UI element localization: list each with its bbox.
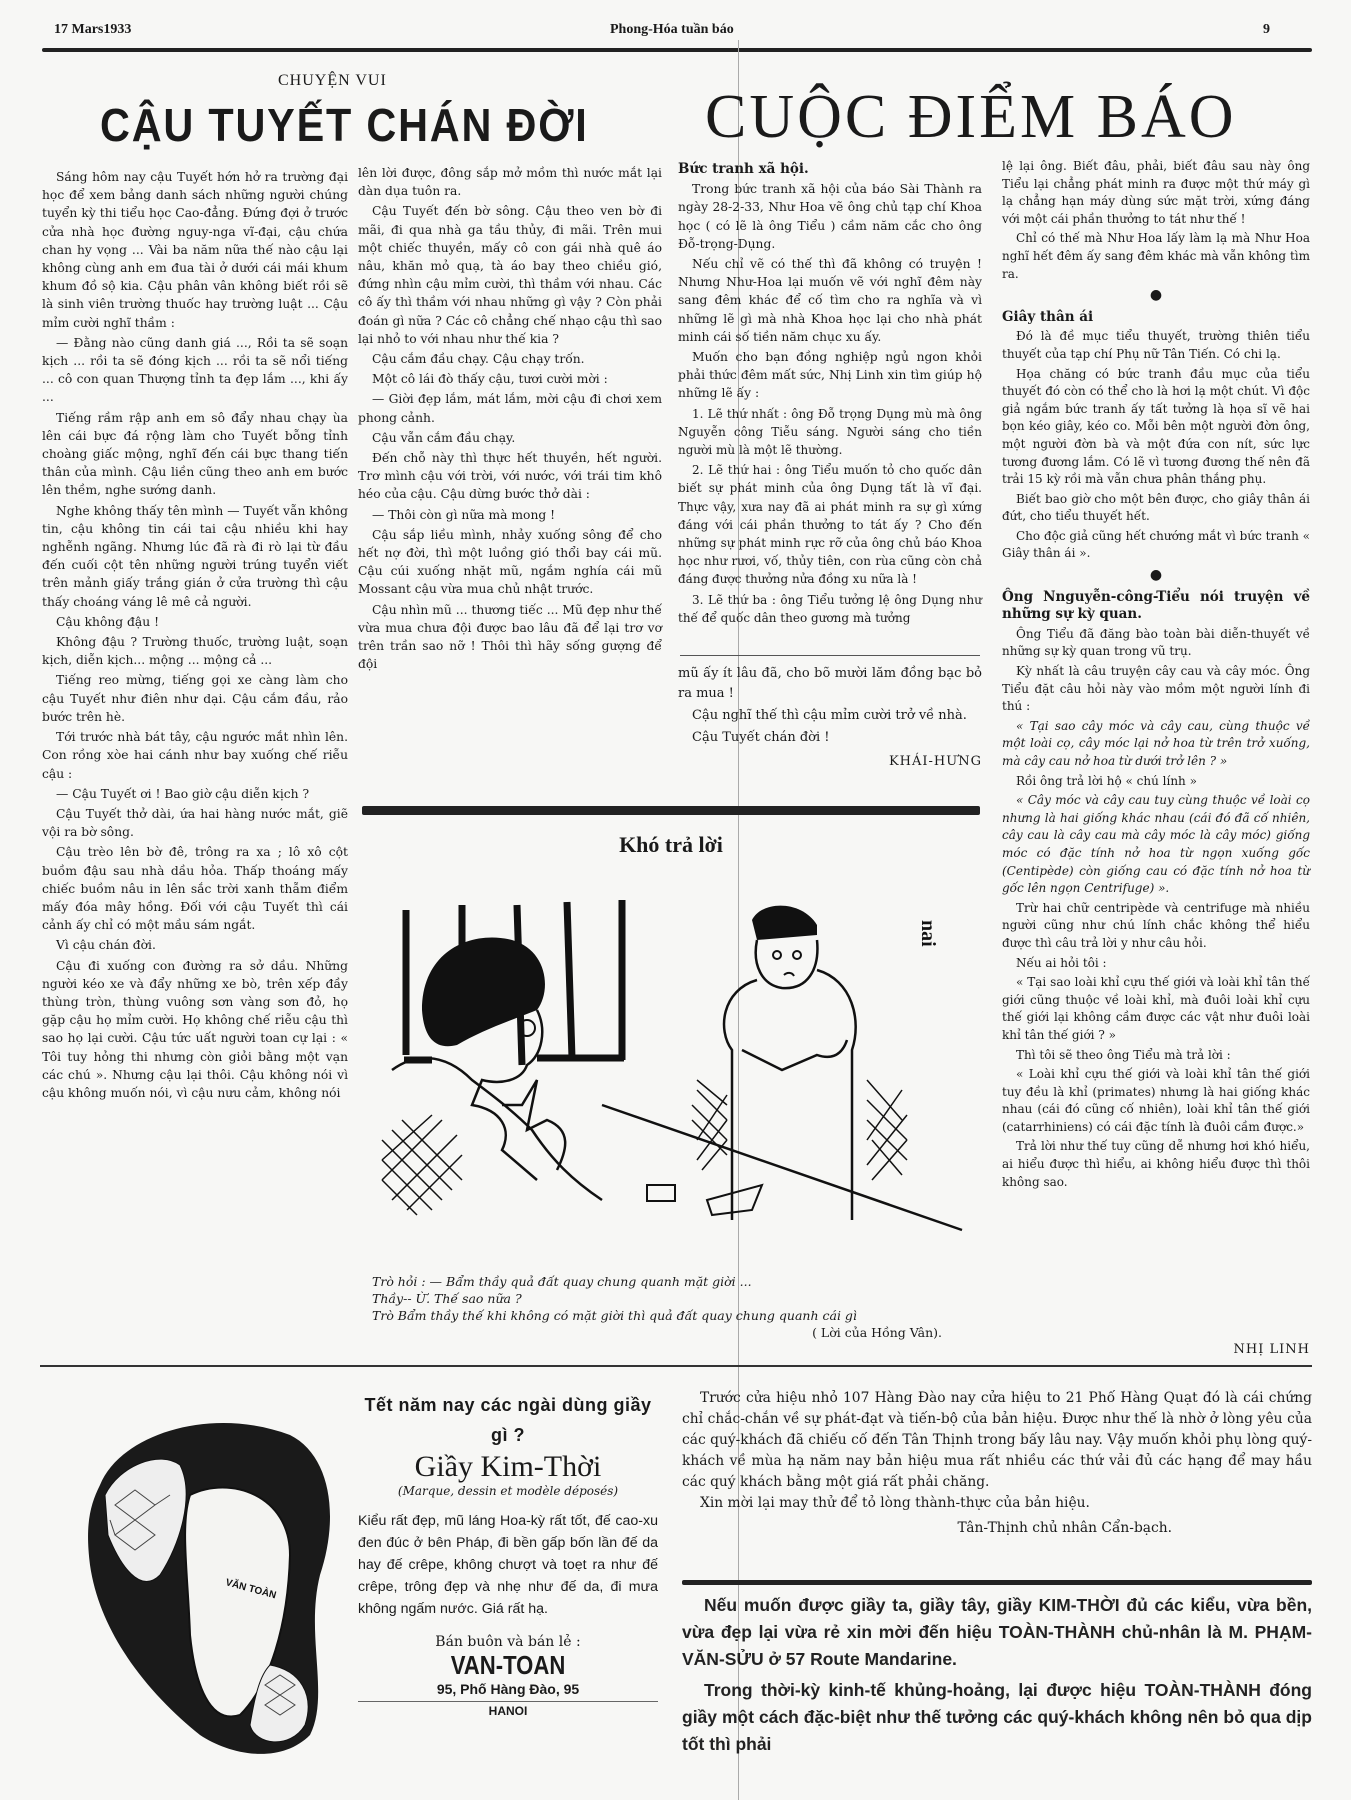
story-paragraph: Cậu không đậu ! bbox=[42, 613, 348, 631]
ad-address: 95, Phố Hàng Đào, 95 bbox=[358, 1681, 658, 1697]
story-column-2: lên lời được, đông sắp mở mồm thì nước m… bbox=[358, 164, 662, 675]
story-paragraph: Cậu Tuyết thở dài, ứa hai hàng nước mắt,… bbox=[42, 805, 348, 841]
review-paragraph: Đó là đề mục tiểu thuyết, trường thiên t… bbox=[1002, 328, 1310, 363]
review-paragraph: Nếu ai hỏi tôi : bbox=[1002, 955, 1310, 973]
section-heading: Giây thân ái bbox=[1002, 309, 1310, 327]
shoe-sole-illustration: VĂN TOÀN bbox=[40, 1395, 340, 1775]
cartoon-title: Khó trả lời bbox=[362, 832, 980, 858]
ad-city: HANOI bbox=[358, 1701, 658, 1718]
story-paragraph: Tiếng reo mừng, tiếng gọi xe càng làm ch… bbox=[42, 671, 348, 726]
story-paragraph: Cậu cắm đầu chạy. Cậu chạy trốn. bbox=[358, 350, 662, 368]
issue-date: 17 Mars1933 bbox=[54, 22, 131, 38]
review-paragraph: lệ lại ông. Biết đâu, phải, biết đâu sau… bbox=[1002, 158, 1310, 228]
story-paragraph: Vì cậu chán đời. bbox=[42, 936, 348, 954]
review-paragraph: Cho độc giả cũng hết chướng mắt vì bức t… bbox=[1002, 528, 1310, 563]
review-quote: « Tại sao loài khỉ cựu thế giới và loài … bbox=[1002, 974, 1310, 1044]
story-paragraph: Cậu đi xuống con đường ra sở dầu. Những … bbox=[42, 957, 348, 1103]
section-divider-icon: ● bbox=[1002, 287, 1310, 305]
review-paragraph: Biết bao giờ cho một bên được, cho giây … bbox=[1002, 491, 1310, 526]
section-heading: Bức tranh xã hội. bbox=[678, 160, 982, 178]
story-kicker: CHUYỆN VUI bbox=[278, 72, 387, 90]
review-paragraph: Trừ hai chữ centripède và centrifuge mà … bbox=[1002, 900, 1310, 953]
review-paragraph: 3. Lẽ thứ ba : ông Tiểu tưởng lệ ông Dụn… bbox=[678, 591, 982, 627]
tan-thinh-tailor-ad: Trước cửa hiệu nhỏ 107 Hàng Đào nay cửa … bbox=[682, 1388, 1312, 1539]
review-paragraph: Muốn cho bạn đồng nghiệp ngủ ngon khỏi p… bbox=[678, 348, 982, 403]
story-paragraph: mũ ấy ít lâu đã, cho bõ mười lăm đồng bạ… bbox=[678, 664, 982, 704]
story-column-1: Sáng hôm nay cậu Tuyết hớn hở ra trường … bbox=[42, 168, 348, 1104]
review-quote: « Cây móc và cây cau tuy cùng thuộc về l… bbox=[1002, 792, 1310, 898]
story-paragraph: lên lời được, đông sắp mở mồm thì nước m… bbox=[358, 164, 662, 200]
story-continuation: mũ ấy ít lâu đã, cho bõ mười lăm đồng bạ… bbox=[678, 664, 982, 772]
caption-line: Trò hỏi : — Bẩm thầy quả đất quay chung … bbox=[372, 1273, 972, 1290]
story-paragraph: Cậu sắp liều mình, nhảy xuống sông để ch… bbox=[358, 526, 662, 599]
story-paragraph: — Giời đẹp lắm, mát lắm, mời cậu đi chơi… bbox=[358, 390, 662, 426]
cartoonist-signature: nai bbox=[917, 920, 939, 947]
section-divider-icon: ● bbox=[1002, 567, 1310, 585]
review-paragraph: Ông Tiểu đã đăng bào toàn bài diễn-thuyế… bbox=[1002, 626, 1310, 661]
review-column-1: Bức tranh xã hội. Trong bức tranh xã hội… bbox=[678, 160, 982, 629]
story-paragraph: Một cô lái đò thấy cậu, tươi cười mời : bbox=[358, 370, 662, 388]
ad-store-name: VAN-TOAN bbox=[381, 1650, 636, 1681]
ad-body: Kiểu rất đẹp, mũ láng Hoa-kỳ rất tốt, đế… bbox=[358, 1510, 658, 1620]
review-paragraph: 2. Lẽ thứ hai : ông Tiểu muốn tỏ cho quố… bbox=[678, 461, 982, 588]
story-paragraph: Cậu trèo lên bờ đê, trông ra xa ; lô xô … bbox=[42, 843, 348, 934]
review-paragraph: 1. Lẽ thứ nhất : ông Đỗ trọng Dụng mù mà… bbox=[678, 405, 982, 460]
story-paragraph: Cậu Tuyết chán đời ! bbox=[678, 728, 982, 748]
story-paragraph: Tới trước nhà bát tây, cậu ngước mắt nhì… bbox=[42, 728, 348, 783]
ad-trademark-note: (Marque, dessin et modèle déposés) bbox=[358, 1484, 658, 1498]
story-title: CẬU TUYẾT CHÁN ĐỜI bbox=[100, 98, 589, 152]
review-author: NHỊ LINH bbox=[1180, 1342, 1310, 1357]
ad-paragraph: Nếu muốn được giầy ta, giầy tây, giầy KI… bbox=[682, 1592, 1312, 1673]
review-title: CUỘC ĐIỂM BÁO bbox=[705, 82, 1237, 153]
story-paragraph: Sáng hôm nay cậu Tuyết hớn hở ra trường … bbox=[42, 168, 348, 332]
ad-signature: Tân-Thịnh chủ nhân Cẩn-bạch. bbox=[682, 1518, 1312, 1539]
story-paragraph: Cậu Tuyết đến bờ sông. Cậu theo ven bờ đ… bbox=[358, 202, 662, 348]
ad-headline: Tết năm nay các ngài dùng giầy gì ? bbox=[358, 1390, 658, 1450]
review-quote: « Loài khỉ cựu thế giới và loài khỉ tân … bbox=[1002, 1066, 1310, 1136]
review-paragraph: Thì tôi sẽ theo ông Tiểu mà trả lời : bbox=[1002, 1047, 1310, 1065]
review-paragraph: Họa chăng có bức tranh đầu mục của tiểu … bbox=[1002, 366, 1310, 489]
continuation-rule bbox=[680, 655, 980, 656]
ads-separator bbox=[40, 1365, 1312, 1367]
header-rule bbox=[42, 48, 1312, 52]
ad-seller-label: Bán buôn và bán lẻ : bbox=[358, 1634, 658, 1650]
story-paragraph: Tiếng rầm rập anh em sô đẩy nhau chạy ùa… bbox=[42, 409, 348, 500]
cartoon-illustration: nai bbox=[362, 880, 980, 1260]
story-paragraph: Cậu vẫn cắm đầu chạy. bbox=[358, 429, 662, 447]
kim-thoi-shoe-ad: Tết năm nay các ngài dùng giầy gì ? Giầy… bbox=[358, 1390, 658, 1718]
review-quote: « Tại sao cây móc và cây cau, cùng thuộc… bbox=[1002, 718, 1310, 771]
review-column-2: lệ lại ông. Biết đâu, phải, biết đâu sau… bbox=[1002, 158, 1310, 1193]
story-paragraph: Cậu nghĩ thế thì cậu mỉm cười trở về nhà… bbox=[678, 706, 982, 726]
story-paragraph: — Cậu Tuyết ơi ! Bao giờ cậu diễn kịch ? bbox=[42, 785, 348, 803]
caption-line: Thầy-- Ừ. Thế sao nữa ? bbox=[372, 1290, 972, 1307]
story-paragraph: Cậu nhìn mũ ... thương tiếc ... Mũ đẹp n… bbox=[358, 601, 662, 674]
ad-paragraph: Trong thời-kỳ kinh-tế khủng-hoảng, lại đ… bbox=[682, 1677, 1312, 1758]
cartoon-top-rule bbox=[362, 806, 980, 815]
story-paragraph: — Thôi còn gì nữa mà mong ! bbox=[358, 506, 662, 524]
review-paragraph: Chỉ có thế mà Như Hoa lấy làm lạ mà Như … bbox=[1002, 230, 1310, 283]
story-paragraph: — Đằng nào cũng danh giá ..., Rồi ta sẽ … bbox=[42, 334, 348, 407]
story-author: KHÁI-HƯNG bbox=[678, 752, 982, 772]
review-paragraph: Nếu chỉ vẽ có thế thì đã không có truyện… bbox=[678, 255, 982, 346]
story-paragraph: Không đậu ? Trường thuốc, trường luật, s… bbox=[42, 633, 348, 669]
caption-credit: ( Lời của Hồng Vân). bbox=[372, 1324, 972, 1341]
review-paragraph: Trả lời như thế tuy cũng dễ nhưng hơi kh… bbox=[1002, 1138, 1310, 1191]
toan-thanh-shoe-ad: Nếu muốn được giầy ta, giầy tây, giầy KI… bbox=[682, 1592, 1312, 1762]
section-heading: Ông Nnguyễn-công-Tiểu nói truyện về nhữn… bbox=[1002, 589, 1310, 624]
review-paragraph: Kỳ nhất là câu truyện cây cau và cây móc… bbox=[1002, 663, 1310, 716]
page-number: 9 bbox=[1263, 22, 1270, 38]
story-paragraph: Nghe không thấy tên mình — Tuyết vẫn khô… bbox=[42, 502, 348, 611]
publication-name: Phong-Hóa tuần báo bbox=[610, 22, 734, 38]
review-paragraph: Rồi ông trả lời hộ « chú lính » bbox=[1002, 773, 1310, 791]
caption-line: Trò Bẩm thầy thế khi không có mặt giời t… bbox=[372, 1307, 972, 1324]
story-paragraph: Đến chỗ này thì thực hết thuyền, hết ngư… bbox=[358, 449, 662, 504]
ad-brand-name: Giầy Kim-Thời bbox=[358, 1450, 658, 1484]
review-paragraph: Trong bức tranh xã hội của báo Sài Thành… bbox=[678, 180, 982, 253]
cartoon-caption: Trò hỏi : — Bẩm thầy quả đất quay chung … bbox=[372, 1273, 972, 1341]
ad-body: Trước cửa hiệu nhỏ 107 Hàng Đào nay cửa … bbox=[682, 1388, 1312, 1493]
ad-invitation: Xin mời lại may thử để tỏ lòng thành-thự… bbox=[682, 1493, 1312, 1514]
ad-divider-rule bbox=[682, 1580, 1312, 1585]
